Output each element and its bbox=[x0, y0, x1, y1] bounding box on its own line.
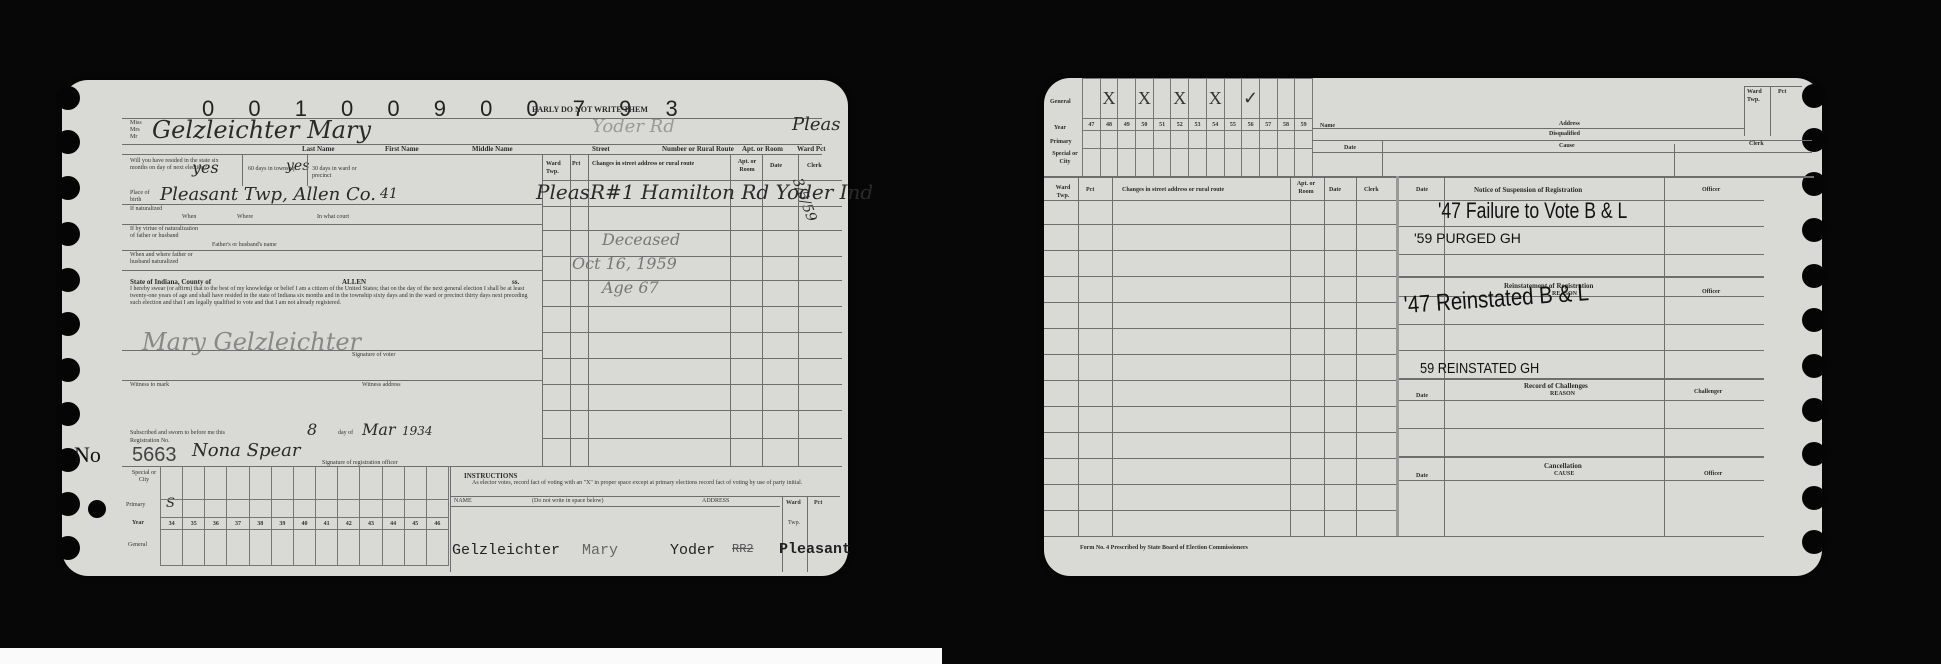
punch-hole bbox=[56, 130, 80, 154]
clerk-label: Clerk bbox=[807, 162, 822, 170]
general-cell bbox=[1189, 79, 1207, 119]
row-label-year: Year bbox=[1054, 124, 1066, 132]
ss-label: ss. bbox=[512, 278, 519, 286]
divider bbox=[122, 154, 822, 155]
clerk-label: Clerk bbox=[1749, 140, 1764, 148]
year-cell: 36 bbox=[205, 518, 227, 530]
when-label: When bbox=[182, 214, 196, 221]
apt-room-label: Apt. or Room bbox=[1294, 180, 1318, 196]
general-cell: ✓ bbox=[1242, 79, 1260, 119]
divider bbox=[1044, 380, 1396, 381]
deceased-age: Age 67 bbox=[602, 278, 659, 297]
punch-hole bbox=[1802, 218, 1826, 242]
cancellation-date-label: Date bbox=[1416, 472, 1428, 480]
ward-twp-label: Ward Twp. bbox=[1050, 184, 1076, 200]
punch-hole bbox=[56, 536, 80, 560]
punch-hole bbox=[56, 222, 80, 246]
general-cell bbox=[1225, 79, 1243, 119]
divider bbox=[1044, 176, 1814, 178]
cancellation-officer-label: Officer bbox=[1704, 470, 1722, 478]
year-cell: 46 bbox=[427, 518, 449, 530]
divider bbox=[122, 350, 542, 351]
when-where-father-label: When and where father or husband natural… bbox=[130, 252, 210, 266]
divider bbox=[1044, 406, 1396, 407]
divider bbox=[1044, 328, 1396, 329]
punch-hole bbox=[56, 492, 80, 516]
reinstatement-entry-1959: 59 REINSTATED GH bbox=[1420, 360, 1539, 377]
year-cell: 50 bbox=[1136, 119, 1154, 131]
ward-label: Ward bbox=[786, 500, 801, 507]
thirty-days-label: 30 days in ward or precinct bbox=[312, 166, 372, 180]
divider bbox=[807, 496, 808, 572]
punch-hole bbox=[56, 86, 80, 110]
general-cell: X bbox=[1136, 79, 1154, 119]
divider bbox=[1044, 224, 1396, 225]
divider bbox=[1399, 456, 1764, 458]
divider bbox=[122, 250, 542, 251]
cancellation-cause-label: CAUSE bbox=[1554, 470, 1574, 478]
cancellation-title: Cancellation bbox=[1544, 462, 1582, 470]
name-label: NAME bbox=[454, 498, 472, 505]
divider bbox=[1290, 176, 1291, 536]
pct-label: Pct bbox=[1778, 88, 1786, 96]
witness-address-label: Witness address bbox=[362, 382, 401, 389]
year-cell: 58 bbox=[1278, 119, 1296, 131]
court-label: In what court bbox=[317, 214, 349, 221]
number-route-label: Number or Rural Route bbox=[662, 145, 734, 153]
year-cell: 48 bbox=[1101, 119, 1119, 131]
divider bbox=[1399, 350, 1764, 351]
divider bbox=[1674, 144, 1675, 176]
divider bbox=[1044, 458, 1396, 459]
punch-hole bbox=[1802, 84, 1826, 108]
middle-name-label: Middle Name bbox=[472, 145, 513, 153]
divider bbox=[1044, 510, 1396, 511]
year-cell: 39 bbox=[272, 518, 294, 530]
punch-hole bbox=[1802, 442, 1826, 466]
divider bbox=[450, 466, 451, 572]
general-cell bbox=[1260, 79, 1278, 119]
divider bbox=[122, 380, 542, 381]
typed-street: Yoder bbox=[670, 542, 715, 559]
fathers-name-label: Father's or husband's name bbox=[212, 242, 277, 249]
punch-hole bbox=[1802, 398, 1826, 422]
divider bbox=[1324, 176, 1325, 536]
divider bbox=[450, 506, 780, 507]
street-handwritten: Yoder Rd bbox=[592, 116, 675, 137]
voter-signature: Mary Gelzleichter bbox=[142, 328, 361, 356]
signature-voter-label: Signature of voter bbox=[352, 352, 395, 359]
punch-hole bbox=[56, 176, 80, 200]
general-cell bbox=[1083, 79, 1101, 119]
divider bbox=[1399, 226, 1764, 227]
resided-answer: yes bbox=[192, 158, 219, 177]
suspension-title: Notice of Suspension of Registration bbox=[1474, 186, 1582, 194]
divider bbox=[542, 358, 842, 359]
divider bbox=[1356, 176, 1357, 536]
where-label: Where bbox=[237, 214, 253, 221]
row-label-special: Special or City bbox=[1050, 150, 1080, 166]
divider bbox=[1078, 176, 1079, 536]
oath-text: I hereby swear (or affirm) that to the b… bbox=[130, 286, 540, 307]
day-of-label: day of bbox=[338, 430, 353, 437]
voter-name: Gelzleichter Mary bbox=[152, 116, 371, 144]
divider bbox=[1744, 86, 1745, 136]
twp-label: Twp. bbox=[788, 520, 800, 527]
do-not-write-label: (Do not write in space below) bbox=[532, 498, 603, 505]
suspension-date-label: Date bbox=[1416, 186, 1428, 194]
divider bbox=[1744, 86, 1802, 87]
divider bbox=[1399, 276, 1764, 278]
punch-hole bbox=[1802, 530, 1826, 554]
year-cell: 45 bbox=[405, 518, 427, 530]
challenger-label: Challenger bbox=[1694, 388, 1722, 396]
row-label-primary: Primary bbox=[126, 502, 145, 509]
year-cell: 41 bbox=[316, 518, 338, 530]
subscribed-day: 8 bbox=[307, 420, 317, 439]
divider bbox=[1399, 480, 1764, 481]
witness-mark-label: Witness to mark bbox=[130, 382, 169, 389]
subscribed-month: Mar bbox=[362, 420, 396, 439]
change-ward-value: Pleas bbox=[536, 180, 590, 204]
state-label: State of Indiana, County of bbox=[130, 278, 211, 286]
general-cell bbox=[1278, 79, 1296, 119]
year-cell: 59 bbox=[1295, 119, 1313, 131]
general-cell: X bbox=[1171, 79, 1189, 119]
divider bbox=[542, 206, 842, 207]
divider bbox=[542, 438, 842, 439]
form-note: Form No. 4 Prescribed by State Board of … bbox=[1080, 544, 1248, 552]
punch-hole bbox=[56, 268, 80, 292]
suspension-entry-1959: '59 PURGED GH bbox=[1414, 230, 1521, 246]
subscribed-year: 1934 bbox=[402, 424, 433, 438]
pct-label: Pct bbox=[814, 500, 822, 507]
general-cell: X bbox=[1207, 79, 1225, 119]
divider bbox=[1312, 128, 1744, 129]
suspension-officer-label: Officer bbox=[1702, 186, 1720, 194]
year-cell: 55 bbox=[1225, 119, 1243, 131]
row-label-year: Year bbox=[132, 520, 144, 527]
divider bbox=[1044, 200, 1396, 201]
punch-hole bbox=[1802, 308, 1826, 332]
punch-hole bbox=[56, 402, 80, 426]
year-cell: 47 bbox=[1083, 119, 1101, 131]
divider bbox=[1044, 536, 1764, 537]
divider bbox=[1399, 378, 1764, 380]
scanner-edge bbox=[0, 648, 942, 664]
divider bbox=[542, 332, 842, 333]
divider bbox=[1044, 484, 1396, 485]
year-cell: 38 bbox=[250, 518, 272, 530]
divider bbox=[542, 230, 842, 231]
year-cell: 35 bbox=[183, 518, 205, 530]
divider bbox=[1044, 354, 1396, 355]
date-label: Date bbox=[770, 162, 782, 170]
punch-hole bbox=[1802, 354, 1826, 378]
suspension-entry-1947: '47 Failure to Vote B & L bbox=[1438, 198, 1627, 224]
first-name-label: First Name bbox=[385, 145, 419, 153]
divider bbox=[1044, 250, 1396, 251]
naturalized-label: If naturalized bbox=[130, 206, 162, 213]
instructions-title: INSTRUCTIONS bbox=[464, 472, 517, 480]
typed-first-name: Mary bbox=[582, 542, 618, 559]
divider bbox=[1664, 176, 1665, 536]
registration-card-front: 0 0 1 0 0 9 0 0 7 9 3 EARLY DO NOT WRITE… bbox=[62, 80, 848, 576]
year-cell: 54 bbox=[1207, 119, 1225, 131]
title-prefix: Miss Mrs Mr bbox=[130, 120, 148, 141]
challenges-reason-label: REASON bbox=[1550, 390, 1575, 398]
divider bbox=[1399, 428, 1764, 429]
subscribed-label: Subscribed and sworn to before me this bbox=[130, 430, 225, 437]
ward-twp-label: Ward Twp. bbox=[546, 160, 568, 176]
row-label-special: Special or City bbox=[130, 470, 158, 484]
general-cell bbox=[1154, 79, 1172, 119]
row-label-general: General bbox=[128, 542, 147, 549]
change-address-value: R#1 Hamilton Rd Yoder Ind bbox=[590, 180, 873, 204]
year-cell: 37 bbox=[227, 518, 249, 530]
address-label: Address bbox=[1559, 120, 1580, 128]
last-name-label: Last Name bbox=[302, 145, 334, 153]
deceased-note: Deceased bbox=[602, 230, 680, 249]
pct-label: Pct bbox=[1086, 186, 1094, 194]
divider bbox=[242, 154, 243, 186]
date-label: Date bbox=[1329, 186, 1341, 194]
typed-struck-route: RR2 bbox=[732, 542, 754, 556]
ward-twp-label: Ward Twp. bbox=[1747, 88, 1769, 104]
changes-address-label: Changes in street address or rural route bbox=[1122, 186, 1224, 194]
divider bbox=[1312, 152, 1812, 153]
street-label: Street bbox=[592, 145, 610, 153]
year-cell: 44 bbox=[383, 518, 405, 530]
voting-record-grid-1947-1959: X X X X ✓ 47 48 49 50 51 52 53 54 55 56 … bbox=[1082, 78, 1313, 177]
clerk-label: Clerk bbox=[1364, 186, 1379, 194]
divider bbox=[542, 384, 842, 385]
year-cell: 52 bbox=[1171, 119, 1189, 131]
ward-pct-label: Ward Pct bbox=[797, 145, 826, 153]
year-cell: 56 bbox=[1242, 119, 1260, 131]
changes-address-label: Changes in street address or rural route bbox=[592, 160, 694, 168]
sixty-days-answer: yes bbox=[286, 158, 309, 174]
year-cell: 49 bbox=[1118, 119, 1136, 131]
general-cell bbox=[1295, 79, 1313, 119]
number-prefix: No bbox=[74, 442, 101, 468]
year-cell: 53 bbox=[1189, 119, 1207, 131]
year-cell: 51 bbox=[1154, 119, 1172, 131]
year-cell: 43 bbox=[360, 518, 382, 530]
reinstatement-officer-label: Officer bbox=[1702, 288, 1720, 296]
divider bbox=[122, 204, 542, 205]
typed-last-name: Gelzleichter bbox=[452, 542, 560, 559]
punch-hole bbox=[88, 500, 106, 518]
divider bbox=[782, 496, 783, 572]
by-virtue-label: If by virtue of naturalization of father… bbox=[130, 226, 200, 240]
punch-hole bbox=[1802, 486, 1826, 510]
punch-hole bbox=[1802, 264, 1826, 288]
divider bbox=[1399, 254, 1764, 255]
year-cell: 42 bbox=[338, 518, 360, 530]
age-value: 41 bbox=[380, 186, 398, 202]
divider bbox=[1399, 324, 1764, 325]
instructions-text: As elector votes, record fact of voting … bbox=[472, 480, 832, 487]
officer-signature: Nona Spear bbox=[192, 440, 300, 461]
divider bbox=[1770, 86, 1771, 136]
divider bbox=[542, 280, 842, 281]
year-cell: 40 bbox=[294, 518, 316, 530]
header-notice: EARLY DO NOT WRITE THEM bbox=[532, 106, 648, 114]
divider bbox=[1312, 140, 1812, 141]
divider bbox=[542, 410, 842, 411]
address-label: ADDRESS bbox=[702, 498, 729, 505]
punch-hole bbox=[56, 312, 80, 336]
place-of-birth-value: Pleasant Twp, Allen Co. bbox=[160, 184, 376, 205]
divider bbox=[122, 224, 542, 225]
deceased-date: Oct 16, 1959 bbox=[572, 254, 677, 273]
divider bbox=[1044, 276, 1396, 277]
divider bbox=[122, 270, 542, 271]
divider bbox=[307, 154, 308, 186]
divider bbox=[1399, 400, 1764, 401]
divider bbox=[1044, 432, 1396, 433]
challenges-title: Record of Challenges bbox=[1524, 382, 1588, 390]
challenges-date-label: Date bbox=[1416, 392, 1428, 400]
apt-room-label: Apt. or Room bbox=[734, 158, 760, 174]
divider bbox=[542, 306, 842, 307]
disqualified-label: Disqualified bbox=[1549, 130, 1580, 138]
apt-room-label: Apt. or Room bbox=[742, 145, 783, 153]
registration-number: 5663 bbox=[132, 444, 177, 467]
divider bbox=[1044, 302, 1396, 303]
cause-label: Cause bbox=[1559, 142, 1575, 150]
row-label-general: General bbox=[1050, 98, 1071, 106]
reinstatement-entry-1947: '47 Reinstated B & L bbox=[1403, 279, 1590, 320]
registration-card-back: General Year Primary Special or City X X… bbox=[1044, 78, 1822, 576]
year-cell: 34 bbox=[161, 518, 183, 530]
punch-hole bbox=[56, 358, 80, 382]
pct-label: Pct bbox=[572, 160, 580, 168]
place-of-birth-label: Place of birth bbox=[130, 190, 160, 204]
row-label-primary: Primary bbox=[1050, 138, 1072, 146]
divider bbox=[1396, 176, 1399, 536]
general-cell bbox=[1118, 79, 1136, 119]
divider bbox=[1112, 176, 1113, 536]
ward-handwritten: Pleas bbox=[792, 114, 841, 135]
divider bbox=[1382, 140, 1383, 176]
voting-record-grid-1934-1946: 34 35 36 37 38 39 40 41 42 43 44 45 46 bbox=[160, 466, 449, 566]
county-value: ALLEN bbox=[342, 278, 366, 286]
typed-township: Pleasant bbox=[779, 541, 851, 558]
year-cell: 57 bbox=[1260, 119, 1278, 131]
general-cell: X bbox=[1101, 79, 1119, 119]
date-label: Date bbox=[1344, 144, 1356, 152]
